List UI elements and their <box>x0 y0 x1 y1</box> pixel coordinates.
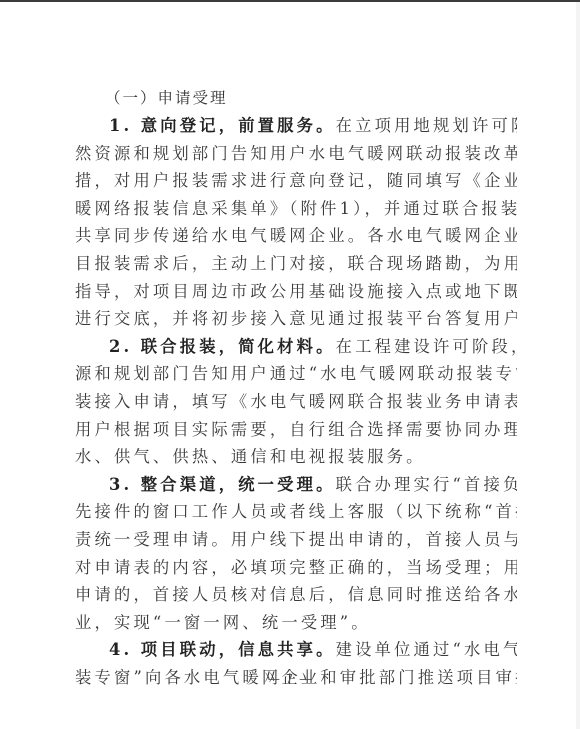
paragraph-1-title: 意向登记，前置服务。 <box>141 116 336 135</box>
paragraph-1-line-1: 1. 意向登记，前置服务。在立项用地规划许可阶段，由自 <box>75 112 517 140</box>
paragraph-2-line: 源和规划部门告知用户通过“水电气暖网联动报装专窗”提交报 <box>75 360 517 388</box>
paragraph-2-text: 在工程建设许可阶段，由自然资 <box>336 337 517 356</box>
paragraph-4-text: 建设单位通过“水电气暖网联动报 <box>336 640 517 659</box>
paragraph-1-text: 在立项用地规划许可阶段，由自 <box>336 116 517 135</box>
paragraph-3-title: 整合渠道，统一受理。 <box>141 475 336 494</box>
top-border <box>0 0 580 2</box>
paragraph-1-line: 目报装需求后，主动上门对接，联合现场踏勘，为用户开展技术 <box>75 250 517 278</box>
paragraph-3-line: 申请的，首接人员核对信息后，信息同时推送给各水电气暖网企 <box>75 581 517 609</box>
paragraph-2-line: 装接入申请，填写《水电气暖网联合报装业务申请表》（附件2）。 <box>75 388 517 416</box>
paragraph-2-line: 用户根据项目实际需要，自行组合选择需要协同办理的供电、供 <box>75 416 517 444</box>
paragraph-2-line-1: 2. 联合报装，简化材料。在工程建设许可阶段，由自然资 <box>75 333 517 361</box>
paragraph-1-line: 指导，对项目周边市政公用基础设施接入点或地下既有管线现状 <box>75 278 517 306</box>
paragraph-3-line: 先接件的窗口工作人员或者线上客服（以下统称“首接人员”）负 <box>75 498 517 526</box>
document-page: （一）申请受理 1. 意向登记，前置服务。在立项用地规划许可阶段，由自 然资源和… <box>75 84 517 691</box>
paragraph-4-number: 4. <box>109 640 132 659</box>
paragraph-1-line: 暖网络报装信息采集单》（附件1），并通过联合报装审批平台 <box>75 195 517 223</box>
paragraph-4-title: 项目联动，信息共享。 <box>141 640 336 659</box>
paragraph-1-line: 进行交底，并将初步接入意见通过报装平台答复用户。 <box>75 305 517 333</box>
paragraph-3-line: 对申请表的内容，必填项完整正确的，当场受理；用户线上提出 <box>75 554 517 582</box>
paragraph-1-line: 措，对用户报装需求进行意向登记，随同填写《企业获得水电气 <box>75 167 517 195</box>
section-heading: （一）申请受理 <box>75 84 517 112</box>
page-number: — 7 — <box>0 672 580 686</box>
paragraph-1-number: 1. <box>109 116 132 135</box>
paragraph-1-line: 然资源和规划部门告知用户水电气暖网联动报装改革的创新举 <box>75 140 517 168</box>
paragraph-2-title: 联合报装，简化材料。 <box>141 337 336 356</box>
page-edge-shadow <box>576 2 580 729</box>
paragraph-2-line: 水、供气、供热、通信和电视报装服务。 <box>75 443 517 471</box>
paragraph-3-line: 业，实现“一窗一网、统一受理”。 <box>75 609 517 637</box>
paragraph-4-line-1: 4. 项目联动，信息共享。建设单位通过“水电气暖网联动报 <box>75 636 517 664</box>
paragraph-1-line: 共享同步传递给水电气暖网企业。各水电气暖网企业提前获取项 <box>75 222 517 250</box>
paragraph-2-number: 2. <box>109 337 132 356</box>
paragraph-3-number: 3. <box>109 475 132 494</box>
paragraph-3-line: 责统一受理申请。用户线下提出申请的，首接人员与用户共同核 <box>75 526 517 554</box>
paragraph-3-line-1: 3. 整合渠道，统一受理。联合办理实行“首接负责制”，首 <box>75 471 517 499</box>
paragraph-3-text: 联合办理实行“首接负责制”，首 <box>336 475 517 494</box>
